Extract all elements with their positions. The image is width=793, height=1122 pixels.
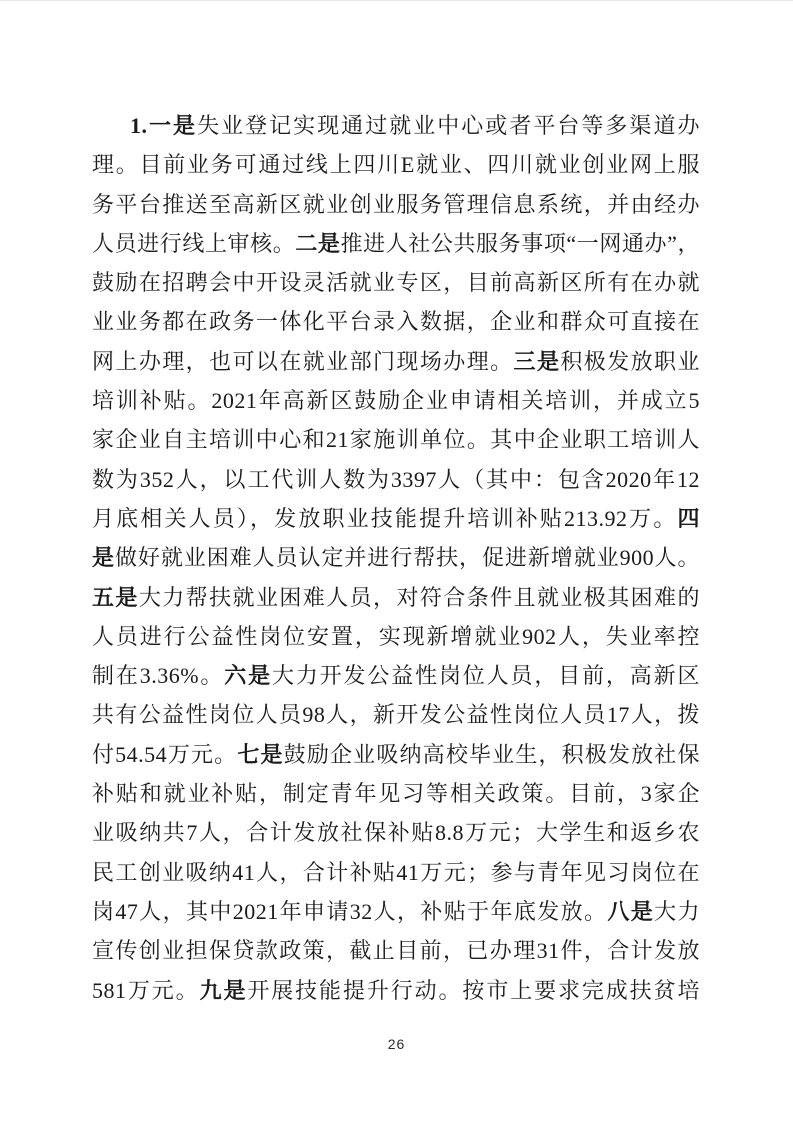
page-number: 26 <box>388 1036 406 1052</box>
bold-text-run: 七是 <box>237 742 283 767</box>
text-run: 推进人社公共服务事项“一网通办”， <box>341 231 700 256</box>
paragraph-line: 宣传创业担保贷款政策，截止目前，已办理31件，合计发放 <box>92 931 700 970</box>
text-run: 失业登记实现通过就业中心或者平台等多渠道办 <box>197 113 700 138</box>
text-run: 理。目前业务可通过线上四川E就业、四川就业创业网上服 <box>92 152 700 177</box>
text-run: 大力帮扶就业困难人员，对符合条件且就业极其困难的 <box>139 585 700 610</box>
text-run: 581万元。 <box>92 978 200 1003</box>
text-run: 业业务都在政务一体化平台录入数据，企业和群众可直接在 <box>92 309 700 334</box>
paragraph-line: 培训补贴。2021年高新区鼓励企业申请相关培训，并成立5 <box>92 381 700 420</box>
paragraph-line: 补贴和就业补贴，制定青年见习等相关政策。目前，3家企 <box>92 774 700 813</box>
paragraph-line: 共有公益性岗位人员98人，新开发公益性岗位人员17人，拨 <box>92 695 700 734</box>
document-page: 1.一是失业登记实现通过就业中心或者平台等多渠道办理。目前业务可通过线上四川E就… <box>0 0 793 1122</box>
text-run: 家企业自主培训中心和21家施训单位。其中企业职工培训人 <box>92 427 700 452</box>
paragraph-line: 1.一是失业登记实现通过就业中心或者平台等多渠道办 <box>92 106 700 145</box>
paragraph-line: 业吸纳共7人，合计发放社保补贴8.8万元；大学生和返乡农 <box>92 813 700 852</box>
paragraph-line: 理。目前业务可通过线上四川E就业、四川就业创业网上服 <box>92 145 700 184</box>
text-run: 培训补贴。2021年高新区鼓励企业申请相关培训，并成立5 <box>92 388 700 413</box>
bold-text-run: 1.一是 <box>130 113 197 138</box>
bold-text-run: 四 <box>677 506 700 531</box>
paragraph-line: 家企业自主培训中心和21家施训单位。其中企业职工培训人 <box>92 420 700 459</box>
text-run: 积极发放职业 <box>560 349 700 374</box>
body-text: 1.一是失业登记实现通过就业中心或者平台等多渠道办理。目前业务可通过线上四川E就… <box>92 106 700 1010</box>
text-run: 补贴和就业补贴，制定青年见习等相关政策。目前，3家企 <box>92 781 700 806</box>
paragraph-line: 人员进行线上审核。二是推进人社公共服务事项“一网通办”， <box>92 224 700 263</box>
paragraph-line: 务平台推送至高新区就业创业服务管理信息系统，并由经办 <box>92 185 700 224</box>
paragraph-line: 581万元。九是开展技能提升行动。按市上要求完成扶贫培 <box>92 971 700 1010</box>
text-run: 付54.54万元。 <box>92 742 237 767</box>
paragraph-line: 人员进行公益性岗位安置，实现新增就业902人，失业率控 <box>92 617 700 656</box>
text-run: 鼓励在招聘会中开设灵活就业专区，目前高新区所有在办就 <box>92 270 700 295</box>
page-footer: 26 <box>0 1036 793 1054</box>
text-run: 大力 <box>654 899 700 924</box>
paragraph-line: 民工创业吸纳41人，合计补贴41万元；参与青年见习岗位在 <box>92 853 700 892</box>
paragraph-line: 岗47人，其中2021年申请32人，补贴于年底发放。八是大力 <box>92 892 700 931</box>
text-run: 人员进行线上审核。 <box>92 231 295 256</box>
text-run: 大力开发公益性岗位人员，目前，高新区 <box>272 663 700 688</box>
text-run: 共有公益性岗位人员98人，新开发公益性岗位人员17人，拨 <box>92 702 700 727</box>
text-run: 人员进行公益性岗位安置，实现新增就业902人，失业率控 <box>92 624 700 649</box>
text-run: 制在3.36%。 <box>92 663 224 688</box>
text-run: 网上办理，也可以在就业部门现场办理。 <box>92 349 514 374</box>
bold-text-run: 六是 <box>224 663 272 688</box>
text-run: 宣传创业担保贷款政策，截止目前，已办理31件，合计发放 <box>92 938 700 963</box>
paragraph-line: 月底相关人员），发放职业技能提升培训补贴213.92万。四 <box>92 499 700 538</box>
paragraph-line: 是做好就业困难人员认定并进行帮扶，促进新增就业900人。 <box>92 538 700 577</box>
bold-text-run: 是 <box>92 545 115 570</box>
paragraph-line: 业业务都在政务一体化平台录入数据，企业和群众可直接在 <box>92 302 700 341</box>
text-run: 开展技能提升行动。按市上要求完成扶贫培 <box>247 978 700 1003</box>
paragraph-line: 制在3.36%。六是大力开发公益性岗位人员，目前，高新区 <box>92 656 700 695</box>
bold-text-run: 九是 <box>200 978 248 1003</box>
text-run: 数为352人，以工代训人数为3397人（其中：包含2020年12 <box>92 467 700 492</box>
text-run: 岗47人，其中2021年申请32人，补贴于年底发放。 <box>92 899 607 924</box>
bold-text-run: 五是 <box>92 585 139 610</box>
paragraph-line: 鼓励在招聘会中开设灵活就业专区，目前高新区所有在办就 <box>92 263 700 302</box>
paragraph-line: 五是大力帮扶就业困难人员，对符合条件且就业极其困难的 <box>92 578 700 617</box>
bold-text-run: 三是 <box>514 349 561 374</box>
text-run: 鼓励企业吸纳高校毕业生，积极发放社保 <box>284 742 700 767</box>
text-run: 务平台推送至高新区就业创业服务管理信息系统，并由经办 <box>92 192 700 217</box>
bold-text-run: 二是 <box>295 231 340 256</box>
paragraph-line: 付54.54万元。七是鼓励企业吸纳高校毕业生，积极发放社保 <box>92 735 700 774</box>
text-run: 做好就业困难人员认定并进行帮扶，促进新增就业900人。 <box>115 545 700 570</box>
text-run: 民工创业吸纳41人，合计补贴41万元；参与青年见习岗位在 <box>92 860 700 885</box>
text-run: 业吸纳共7人，合计发放社保补贴8.8万元；大学生和返乡农 <box>92 820 700 845</box>
paragraph-line: 网上办理，也可以在就业部门现场办理。三是积极发放职业 <box>92 342 700 381</box>
text-run: 月底相关人员），发放职业技能提升培训补贴213.92万。 <box>92 506 677 531</box>
paragraph-line: 数为352人，以工代训人数为3397人（其中：包含2020年12 <box>92 460 700 499</box>
bold-text-run: 八是 <box>607 899 654 924</box>
